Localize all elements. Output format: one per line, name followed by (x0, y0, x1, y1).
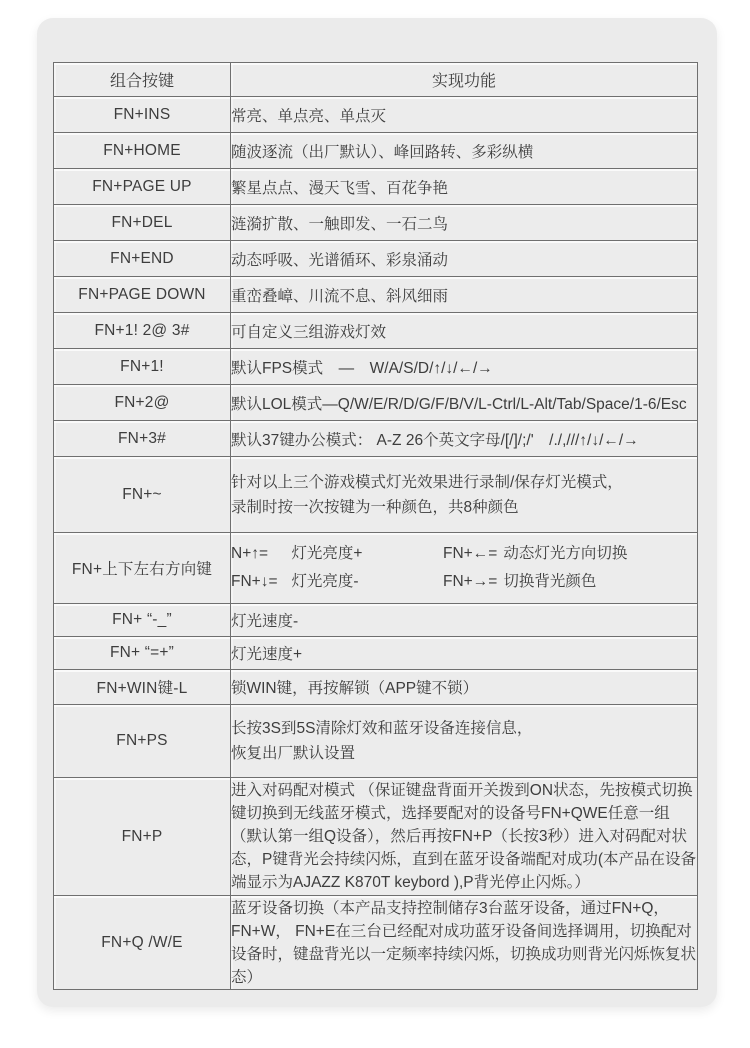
arrow-desc: 灯光亮度+ (291, 545, 362, 562)
function-cell: 繁星点点、漫天飞雪、百花争艳 (231, 169, 698, 205)
table-row: FN+3# 默认37键办公模式： A-Z 26个英文字母/[/]/;/' /./… (54, 421, 698, 457)
fn-shortcut-table: 组合按键 实现功能 FN+INS 常亮、单点亮、单点灭 FN+HOME 随波逐流… (53, 62, 698, 990)
combo-key-cell: FN+INS (54, 97, 231, 133)
arrow-desc: 灯光亮度- (291, 573, 358, 590)
arrow-desc: 切换背光颜色 (503, 573, 596, 590)
table-row: FN+ “=+” 灯光速度+ (54, 637, 698, 670)
function-cell: 默认37键办公模式： A-Z 26个英文字母/[/]/;/' /./,///↑/… (231, 421, 698, 457)
function-cell: 涟漪扩散、一触即发、一石二鸟 (231, 205, 698, 241)
header-function: 实现功能 (231, 63, 698, 97)
arrow-combo: N+↑= (231, 544, 287, 564)
function-cell: 默认LOL模式—Q/W/E/R/D/G/F/B/V/L-Ctrl/L-Alt/T… (231, 385, 698, 421)
combo-key-cell: FN+3# (54, 421, 231, 457)
function-cell: N+↑= 灯光亮度+ FN+←= 动态灯光方向切换 FN+↓= 灯光亮度- FN… (231, 533, 698, 604)
function-cell: 常亮、单点亮、单点灭 (231, 97, 698, 133)
combo-key-cell: FN+ “-_” (54, 604, 231, 637)
function-cell: 随波逐流（出厂默认）、峰回路转、多彩纵横 (231, 133, 698, 169)
function-line: 录制时按一次按键为一种颜色，共8种颜色 (231, 495, 697, 520)
function-cell: 默认FPS模式 — W/A/S/D/↑/↓/←/→ (231, 349, 698, 385)
function-cell: 灯光速度- (231, 604, 698, 637)
table-row: FN+HOME 随波逐流（出厂默认）、峰回路转、多彩纵横 (54, 133, 698, 169)
combo-key-cell: FN+HOME (54, 133, 231, 169)
arrow-combo: FN+→= (443, 572, 499, 592)
table-header-row: 组合按键 实现功能 (54, 63, 698, 97)
table-row: FN+1! 默认FPS模式 — W/A/S/D/↑/↓/←/→ (54, 349, 698, 385)
arrow-combo: FN+←= (443, 544, 499, 564)
table-row: FN+上下左右方向键 N+↑= 灯光亮度+ FN+←= 动态灯光方向切换 FN+… (54, 533, 698, 604)
combo-key-cell: FN+1! 2@ 3# (54, 313, 231, 349)
arrow-combo: FN+↓= (231, 572, 287, 592)
combo-key-cell: FN+PAGE DOWN (54, 277, 231, 313)
arrow-key-grid: N+↑= 灯光亮度+ FN+←= 动态灯光方向切换 FN+↓= 灯光亮度- FN… (231, 544, 697, 592)
header-combo-keys: 组合按键 (54, 63, 231, 97)
table-row: FN+INS 常亮、单点亮、单点灭 (54, 97, 698, 133)
table-row: FN+PAGE DOWN 重峦叠嶂、川流不息、斜风细雨 (54, 277, 698, 313)
table-row: FN+ “-_” 灯光速度- (54, 604, 698, 637)
table-row: FN+Q /W/E 蓝牙设备切换（本产品支持控制储存3台蓝牙设备，通过FN+Q，… (54, 896, 698, 990)
combo-key-cell: FN+ “=+” (54, 637, 231, 670)
function-cell: 长按3S到5S清除灯效和蓝牙设备连接信息， 恢复出厂默认设置 (231, 705, 698, 778)
function-line: 长按3S到5S清除灯效和蓝牙设备连接信息， (231, 716, 697, 741)
function-cell: 灯光速度+ (231, 637, 698, 670)
function-cell: 重峦叠嶂、川流不息、斜风细雨 (231, 277, 698, 313)
function-line: 针对以上三个游戏模式灯光效果进行录制/保存灯光模式， (231, 470, 697, 495)
combo-key-cell: FN+PS (54, 705, 231, 778)
combo-key-cell: FN+END (54, 241, 231, 277)
function-cell: 锁WIN键，再按解锁（APP键不锁） (231, 670, 698, 705)
function-cell: 动态呼吸、光谱循环、彩泉涌动 (231, 241, 698, 277)
table-row: FN+P 进入对码配对模式 （保证键盘背面开关拨到ON状态，先按模式切换键切换到… (54, 778, 698, 896)
function-cell: 可自定义三组游戏灯效 (231, 313, 698, 349)
function-cell: 蓝牙设备切换（本产品支持控制储存3台蓝牙设备，通过FN+Q，FN+W， FN+E… (231, 896, 698, 990)
combo-key-cell: FN+DEL (54, 205, 231, 241)
arrow-desc: 动态灯光方向切换 (503, 545, 627, 562)
arrow-grid-item: N+↑= 灯光亮度+ (231, 544, 443, 564)
function-cell: 进入对码配对模式 （保证键盘背面开关拨到ON状态，先按模式切换键切换到无线蓝牙模… (231, 778, 698, 896)
arrow-grid-item: FN+→= 切换背光颜色 (443, 572, 697, 592)
combo-key-cell: FN+上下左右方向键 (54, 533, 231, 604)
table-row: FN+DEL 涟漪扩散、一触即发、一石二鸟 (54, 205, 698, 241)
table-row: FN+PAGE UP 繁星点点、漫天飞雪、百花争艳 (54, 169, 698, 205)
arrow-grid-item: FN+←= 动态灯光方向切换 (443, 544, 697, 564)
arrow-grid-item: FN+↓= 灯光亮度- (231, 572, 443, 592)
table-row: FN+2@ 默认LOL模式—Q/W/E/R/D/G/F/B/V/L-Ctrl/L… (54, 385, 698, 421)
combo-key-cell: FN+PAGE UP (54, 169, 231, 205)
combo-key-cell: FN+1! (54, 349, 231, 385)
table-row: FN+WIN键-L 锁WIN键，再按解锁（APP键不锁） (54, 670, 698, 705)
combo-key-cell: FN+WIN键-L (54, 670, 231, 705)
table-row: FN+~ 针对以上三个游戏模式灯光效果进行录制/保存灯光模式， 录制时按一次按键… (54, 457, 698, 533)
function-cell: 针对以上三个游戏模式灯光效果进行录制/保存灯光模式， 录制时按一次按键为一种颜色… (231, 457, 698, 533)
combo-key-cell: FN+Q /W/E (54, 896, 231, 990)
table-row: FN+PS 长按3S到5S清除灯效和蓝牙设备连接信息， 恢复出厂默认设置 (54, 705, 698, 778)
combo-key-cell: FN+P (54, 778, 231, 896)
table-row: FN+END 动态呼吸、光谱循环、彩泉涌动 (54, 241, 698, 277)
combo-key-cell: FN+~ (54, 457, 231, 533)
table-row: FN+1! 2@ 3# 可自定义三组游戏灯效 (54, 313, 698, 349)
function-line: 恢复出厂默认设置 (231, 741, 697, 766)
manual-card: 组合按键 实现功能 FN+INS 常亮、单点亮、单点灭 FN+HOME 随波逐流… (37, 18, 717, 1007)
combo-key-cell: FN+2@ (54, 385, 231, 421)
